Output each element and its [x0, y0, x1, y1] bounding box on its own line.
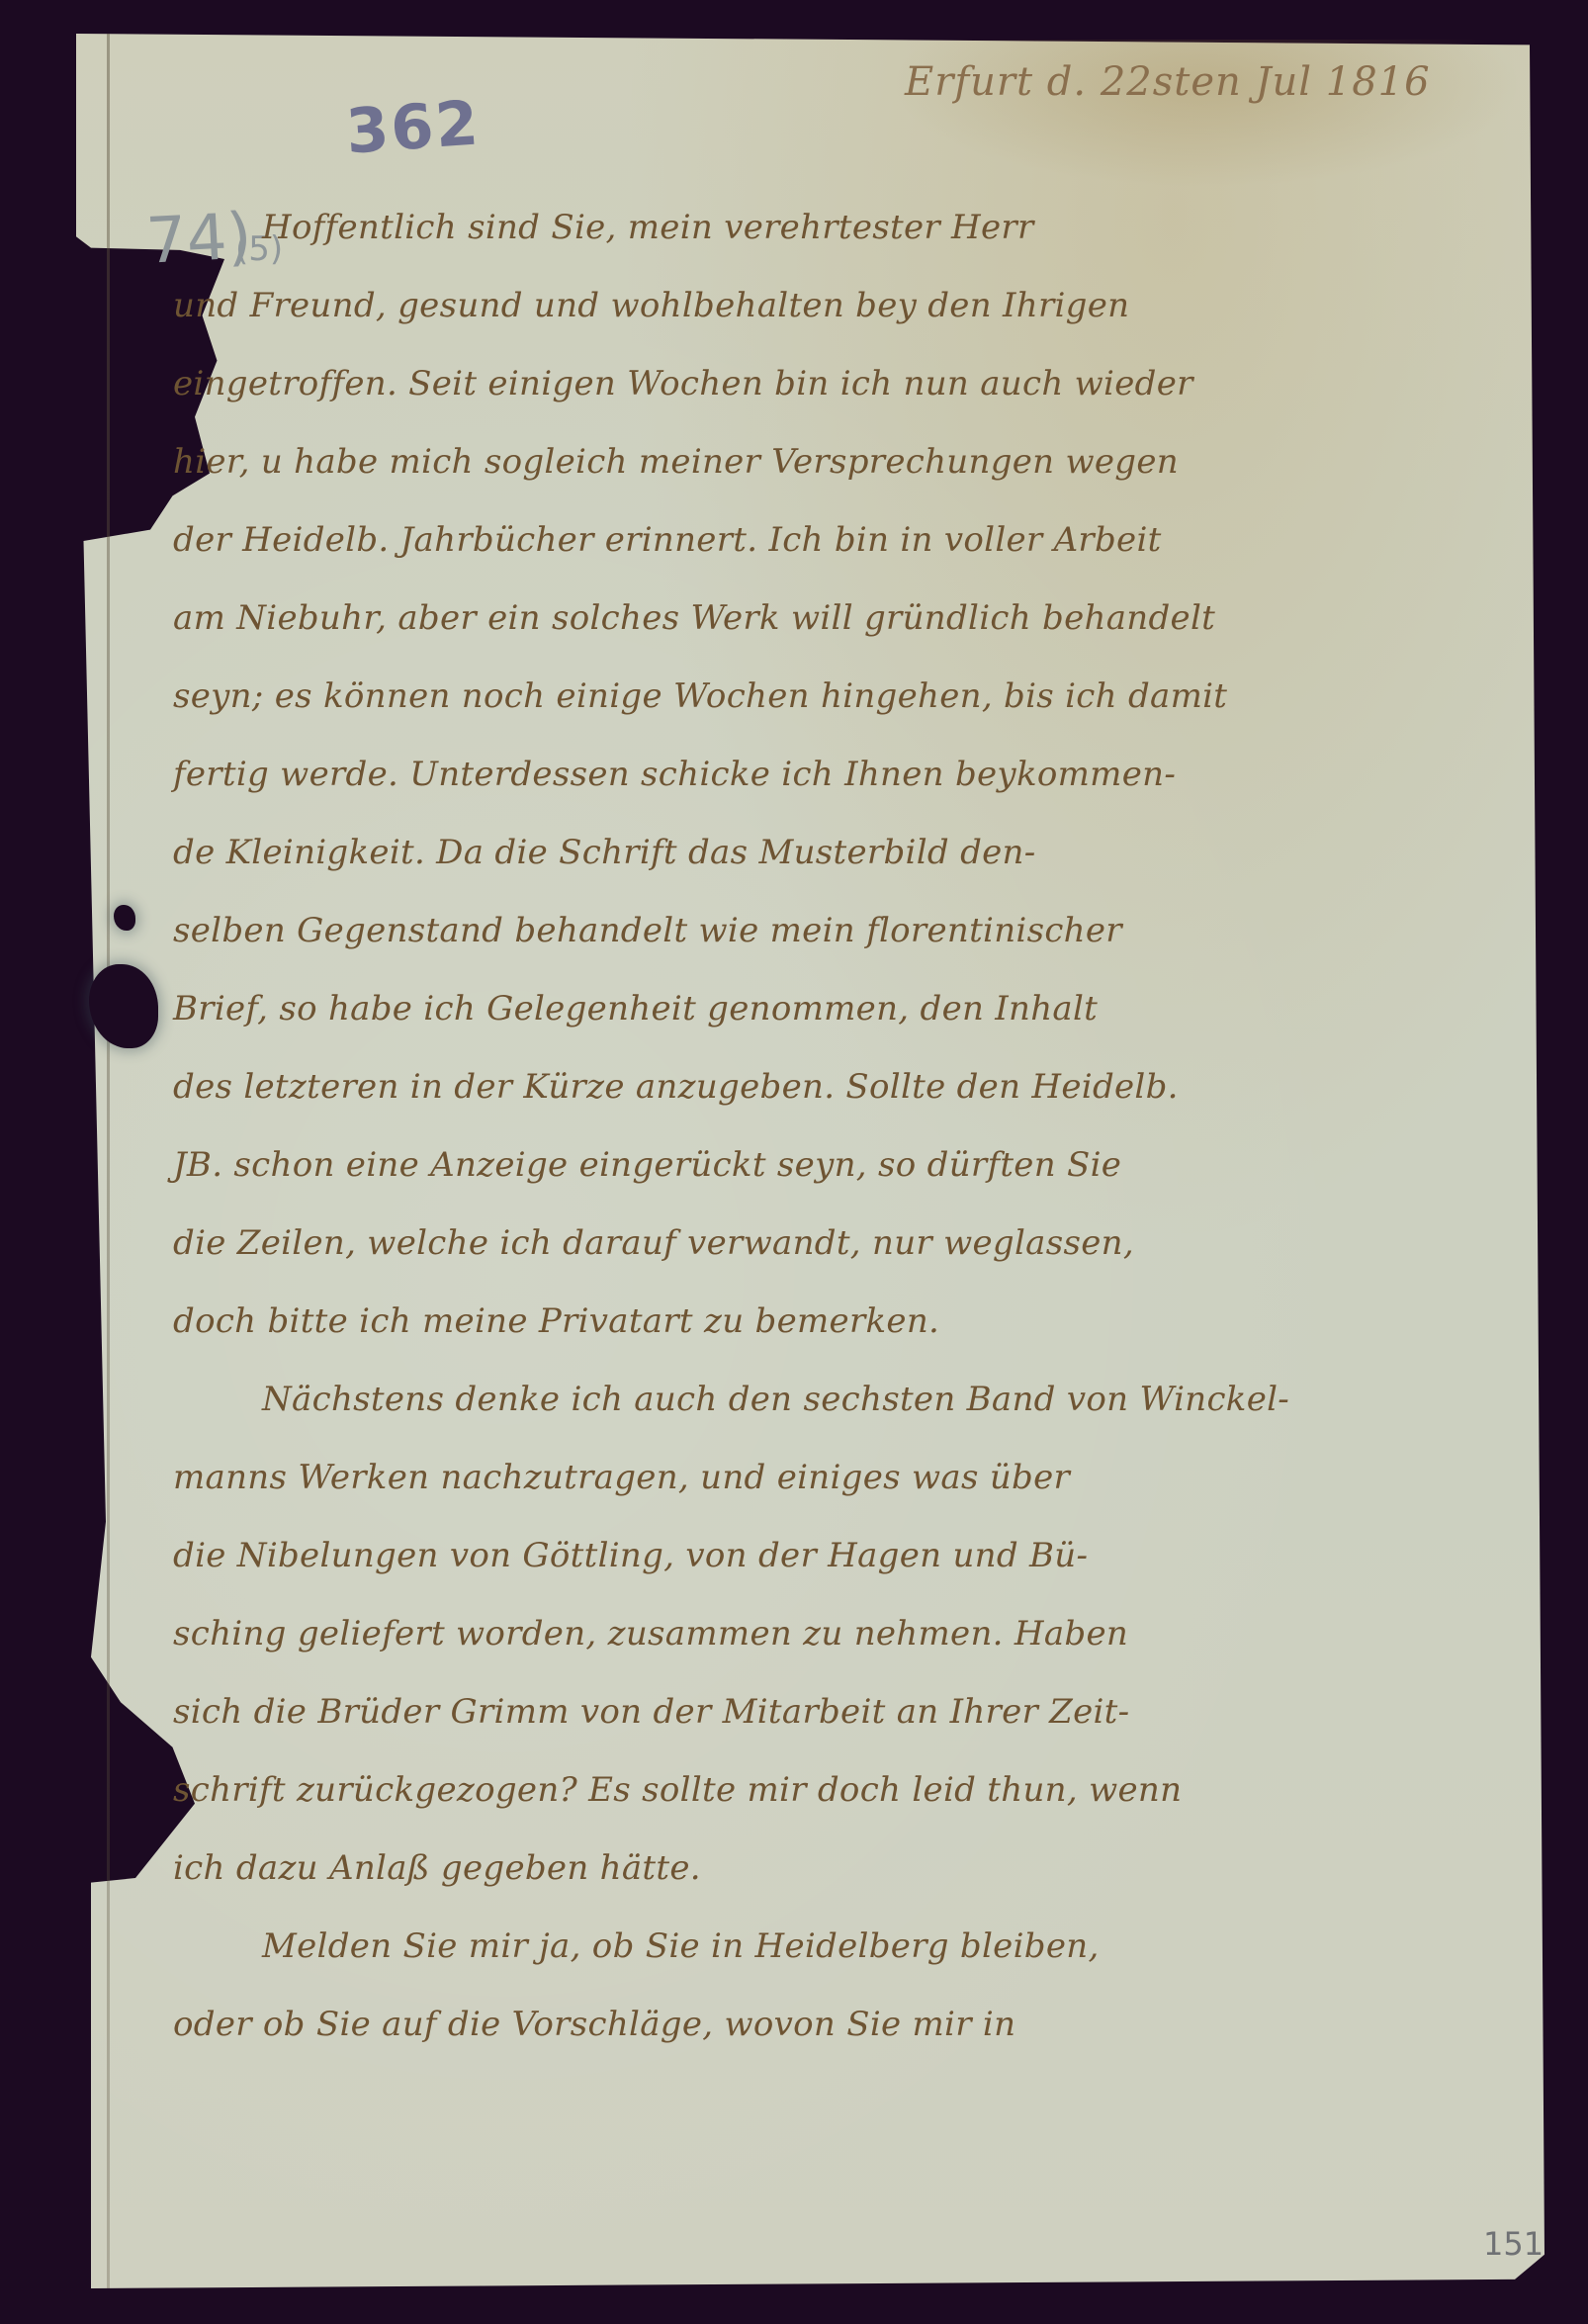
- letter-line: eingetroffen. Seit einigen Wochen bin ic…: [173, 364, 1557, 442]
- letter-line: Hoffentlich sind Sie, mein verehrtester …: [173, 208, 1557, 286]
- archive-number-top: 362: [344, 86, 483, 167]
- folio-number: 151: [1483, 2225, 1544, 2263]
- letter-line: sich die Brüder Grimm von der Mitarbeit …: [173, 1692, 1557, 1770]
- letter-line: fertig werde. Unterdessen schicke ich Ih…: [173, 755, 1557, 833]
- letter-line: und Freund, gesund und wohlbehalten bey …: [173, 286, 1557, 364]
- letter-line: Nächstens denke ich auch den sechsten Ba…: [173, 1380, 1557, 1458]
- letter-line: seyn; es können noch einige Wochen hinge…: [173, 676, 1557, 755]
- letter-line: die Zeilen, welche ich darauf verwandt, …: [173, 1223, 1557, 1301]
- letter-line: JB. schon eine Anzeige eingerückt seyn, …: [173, 1145, 1557, 1223]
- letter-body: Hoffentlich sind Sie, mein verehrtester …: [173, 208, 1557, 2083]
- letter-line: am Niebuhr, aber ein solches Werk will g…: [173, 598, 1557, 676]
- letter-line: de Kleinigkeit. Da die Schrift das Muste…: [173, 833, 1557, 911]
- letter-dateline: Erfurt d. 22sten Jul 1816: [905, 59, 1431, 105]
- letter-line: ich dazu Anlaß gegeben hätte.: [173, 1848, 1557, 1926]
- letter-line: schrift zurückgezogen? Es sollte mir doc…: [173, 1770, 1557, 1848]
- letter-line: hier, u habe mich sogleich meiner Verspr…: [173, 442, 1557, 520]
- letter-line: Brief, so habe ich Gelegenheit genommen,…: [173, 989, 1557, 1067]
- letter-line: die Nibelungen von Göttling, von der Hag…: [173, 1536, 1557, 1614]
- letter-line: des letzteren in der Kürze anzugeben. So…: [173, 1067, 1557, 1145]
- letter-line: manns Werken nachzutragen, und einiges w…: [173, 1458, 1557, 1536]
- paper-hole-small: [114, 905, 135, 931]
- letter-line: oder ob Sie auf die Vorschläge, wovon Si…: [173, 2005, 1557, 2083]
- letter-line: der Heidelb. Jahrbücher erinnert. Ich bi…: [173, 520, 1557, 598]
- letter-line: doch bitte ich meine Privatart zu bemerk…: [173, 1301, 1557, 1380]
- letter-line: Melden Sie mir ja, ob Sie in Heidelberg …: [173, 1926, 1557, 2005]
- letter-line: selben Gegenstand behandelt wie mein flo…: [173, 911, 1557, 989]
- letter-line: sching geliefert worden, zusammen zu neh…: [173, 1614, 1557, 1692]
- fold-line: [107, 34, 110, 2288]
